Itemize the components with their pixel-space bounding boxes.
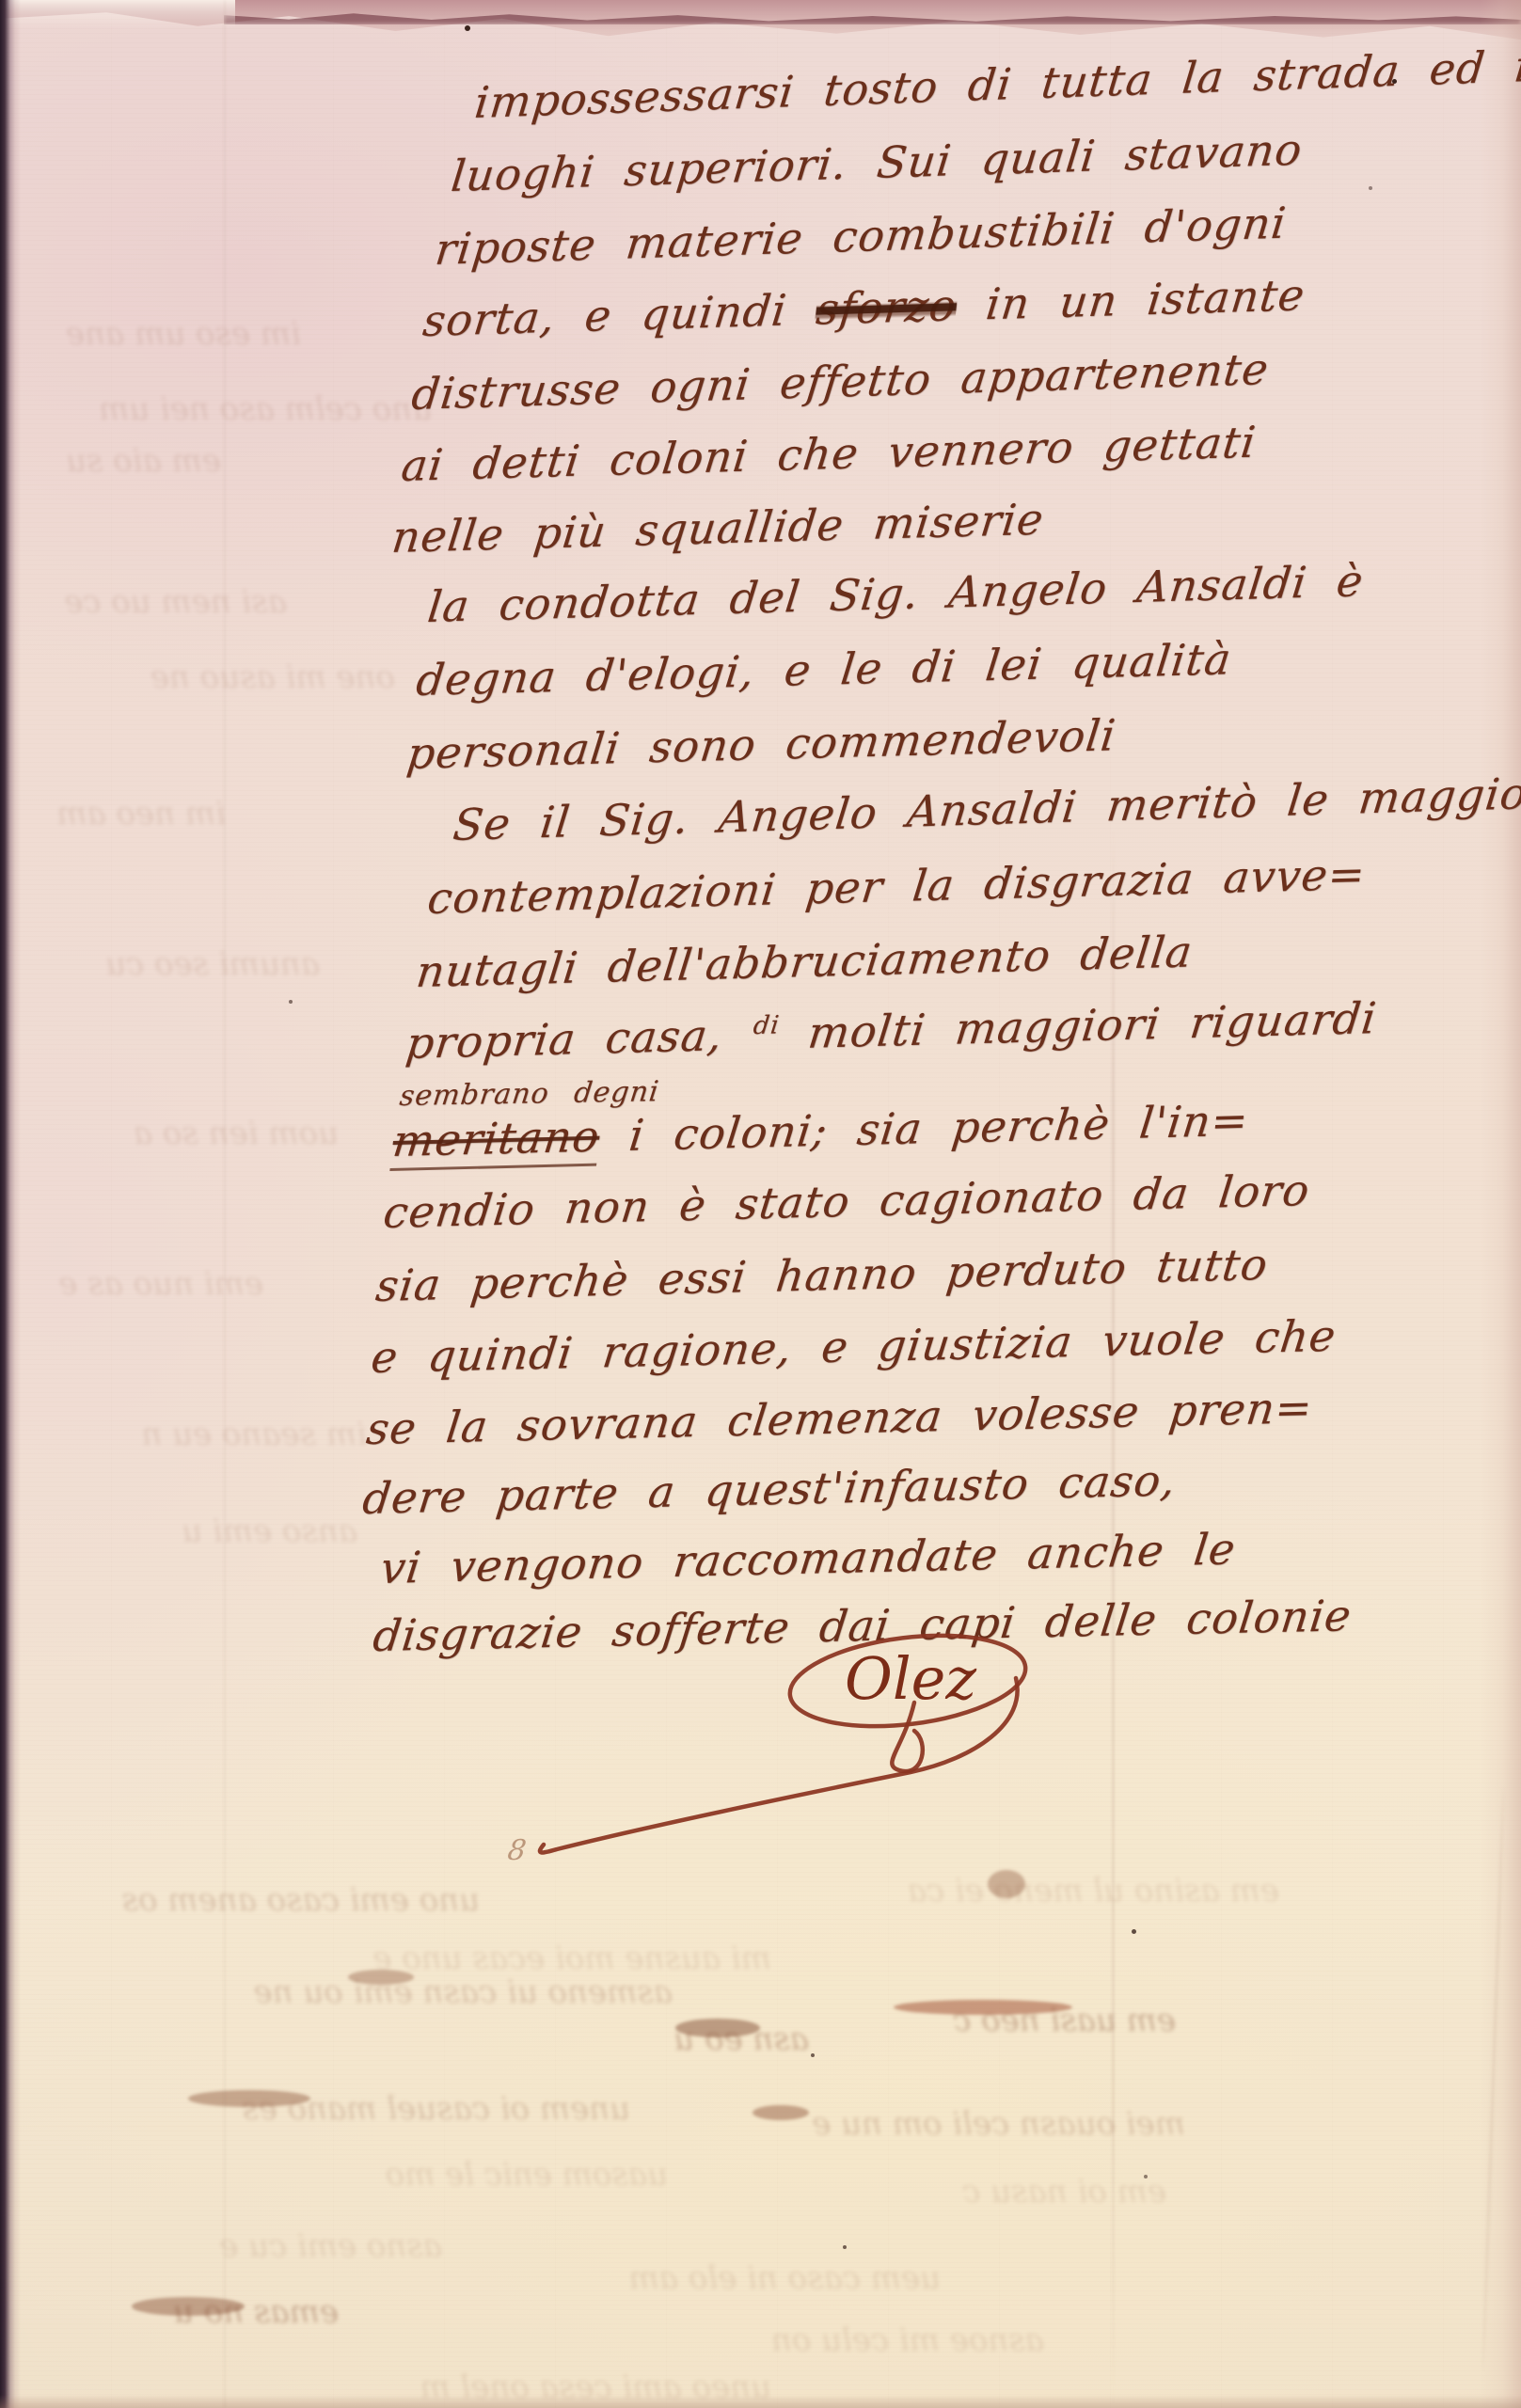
manuscript-line: propria casa, di molti maggiori riguardi [404,992,1379,1069]
manuscript-line: luoghi superiori. Sui quali stavano [449,124,1305,201]
manuscript-line: dere parte a quest'infausto caso, [360,1454,1180,1524]
signature-flourish: Olez [489,1592,1072,1874]
manuscript-line: ai detti coloni che vennero gettati [399,417,1259,491]
manuscript-line: sembrano degni [398,1075,661,1113]
manuscript-line: se la sovrana clemenza volesse pren= [364,1382,1316,1454]
handwriting-layer: impossessarsi tosto di tutta la strada e… [0,0,1521,2408]
signature-text: Olez [845,1644,976,1713]
manuscript-line: vi vengono raccomandate anche le [378,1523,1239,1593]
manuscript-line: riposte materie combustibili d'ogni [433,198,1289,275]
manuscript-line: Se il Sig. Angelo Ansaldi meritò le magg… [451,767,1521,850]
manuscript-line: distrusse ogni effetto appartenente [409,343,1272,420]
manuscript-line: sia perchè essi hanno perduto tutto [373,1239,1271,1311]
manuscript-line: contemplazioni per la disgrazia avve= [425,848,1369,924]
manuscript-line: nutagli dell'abbruciamento della [414,926,1196,996]
manuscript-line: la condotta del Sig. Angelo Ansaldi è [425,555,1367,632]
manuscript-line: cendio non è stato cagionato da loro [381,1164,1313,1238]
manuscript-line: sorta, e quindi sforzo in un istante [420,269,1307,346]
manuscript-line: personali sono commendevoli [404,709,1118,779]
manuscript-line: e quindi ragione, e giustizia vuole che [369,1310,1339,1383]
manuscript-line: degna d'elogi, e le di lei qualità [414,633,1234,705]
manuscript-line: impossessarsi tosto di tutta la strada e… [472,40,1521,128]
manuscript-line: nelle più squallide miserie [389,494,1047,562]
